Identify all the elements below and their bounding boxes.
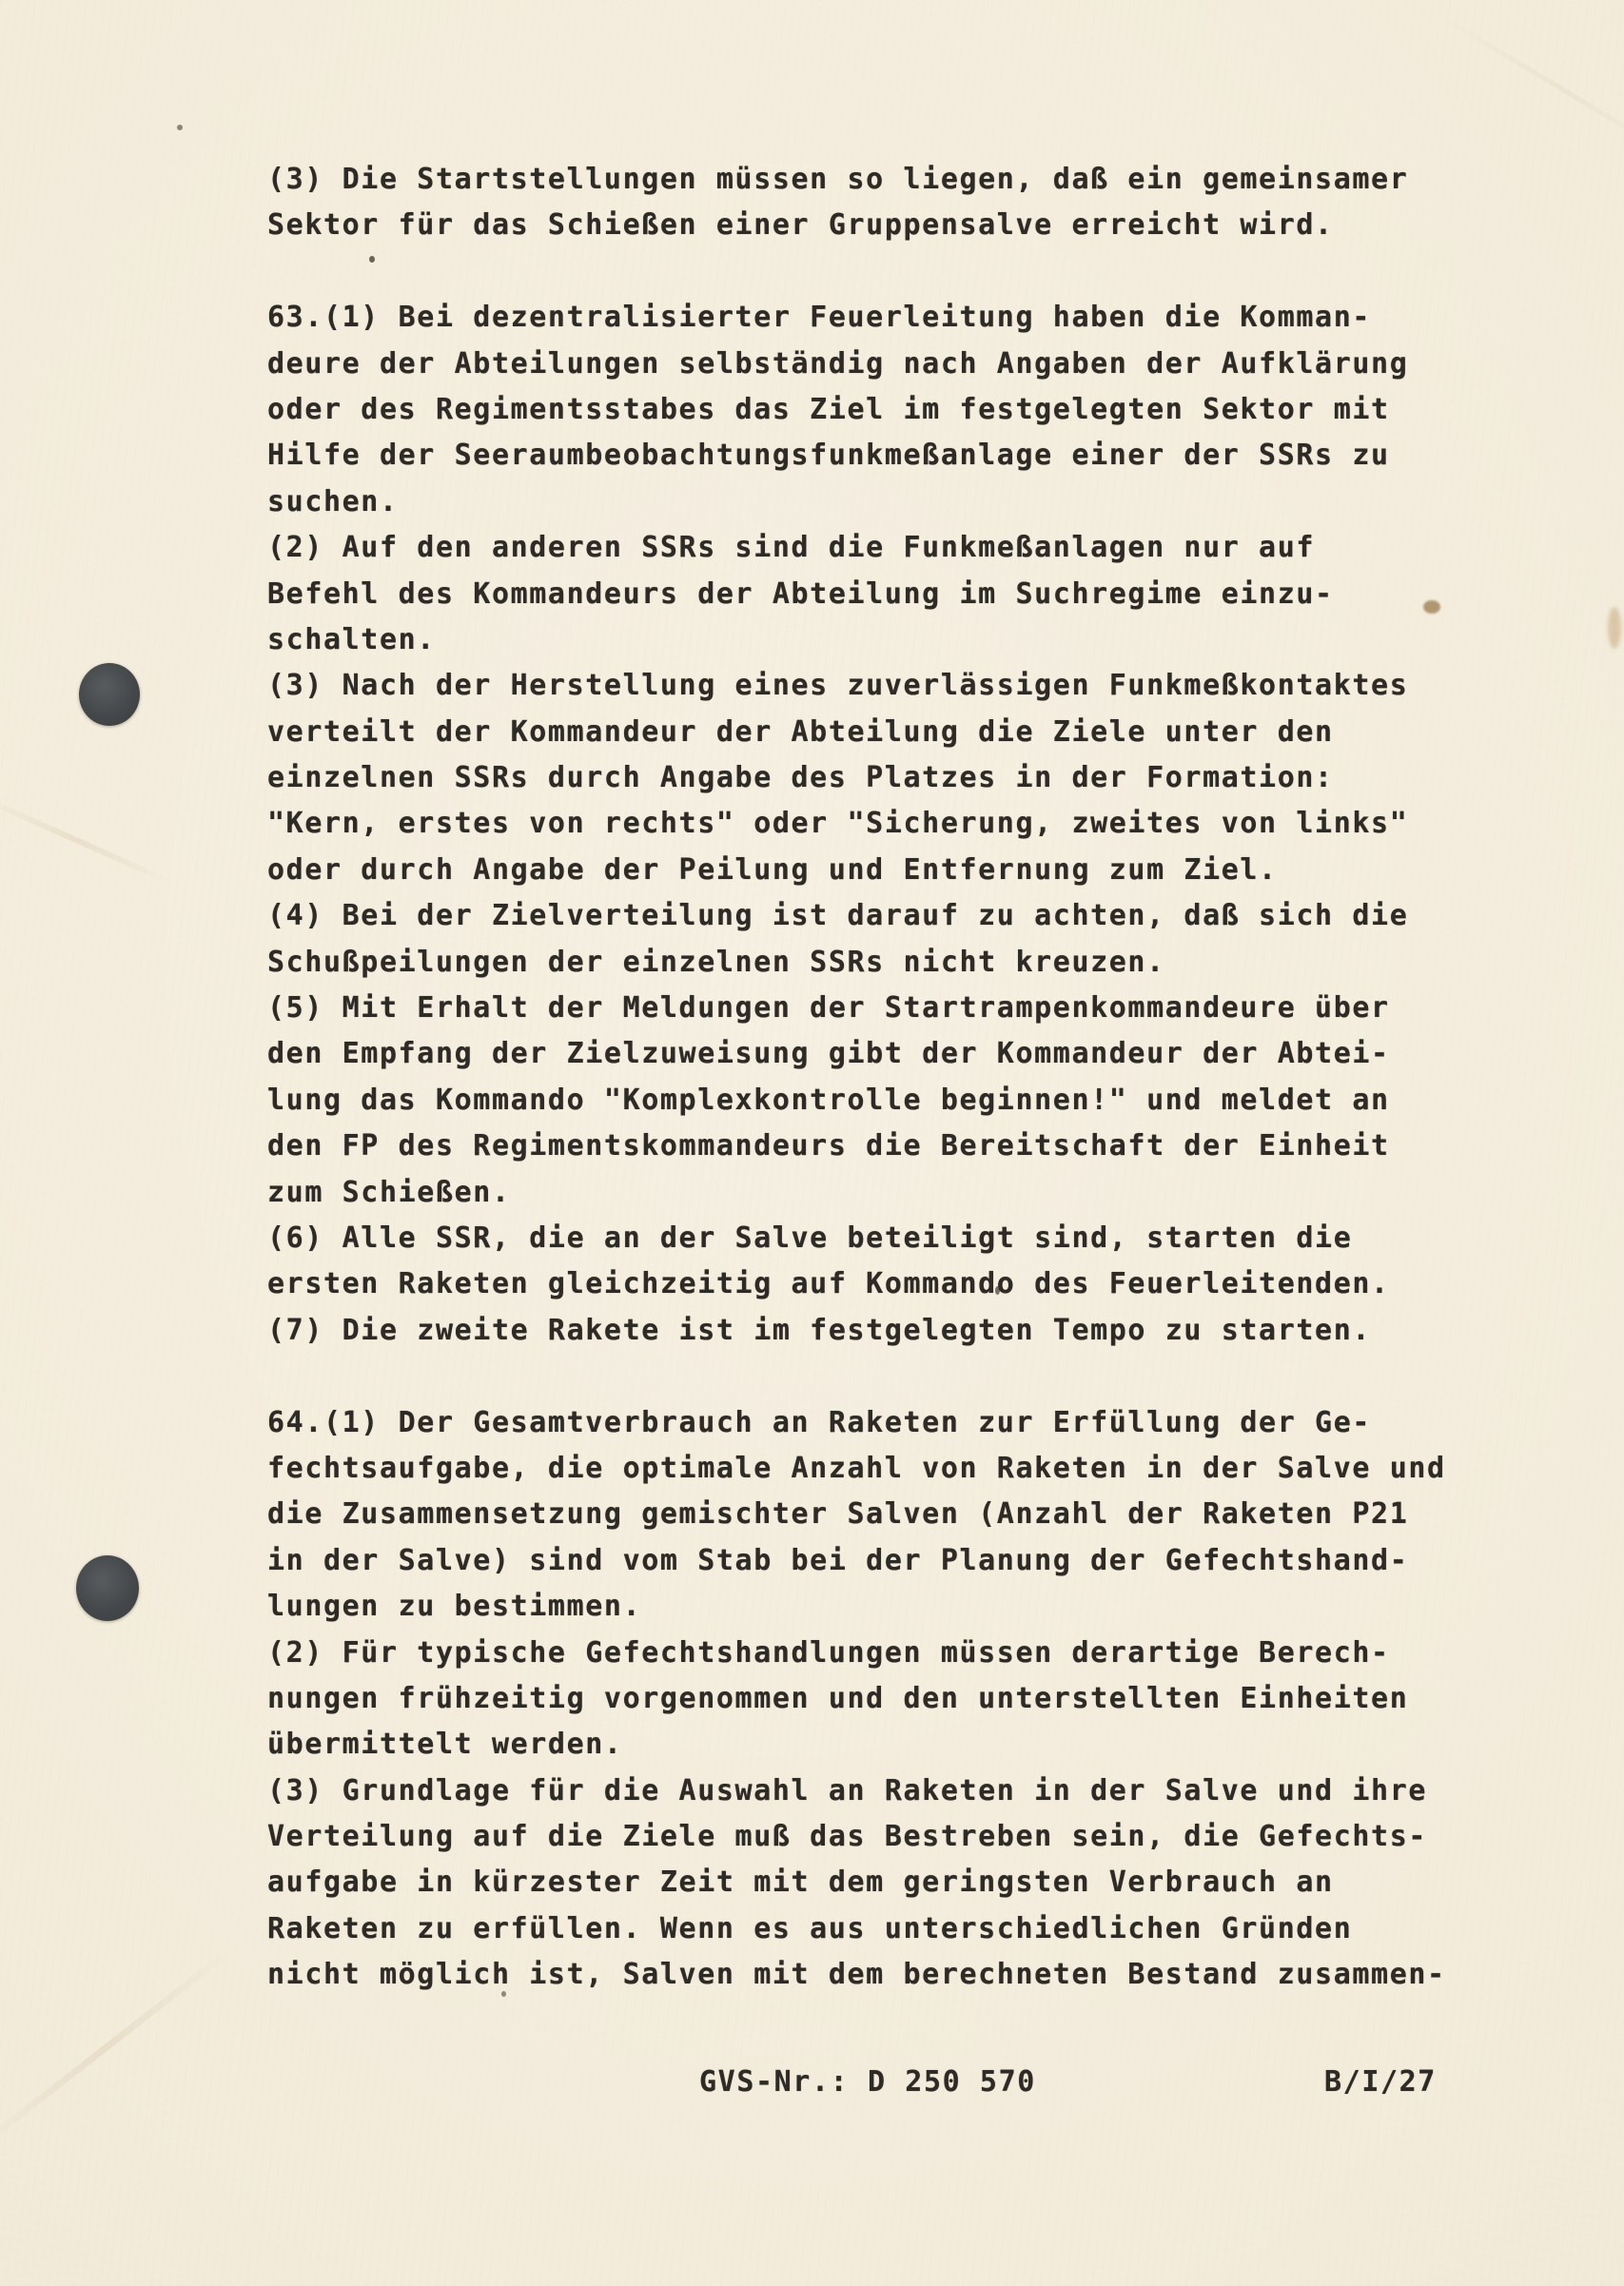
text-line: 64.(1) Der Gesamtverbrauch an Raketen zu… [267,1400,1504,1446]
paper-crease [0,795,173,886]
text-line: (3) Die Startstellungen müssen so liegen… [267,157,1504,203]
text-line: (4) Bei der Zielverteilung ist darauf zu… [267,893,1504,939]
binder-hole-dot [79,663,140,726]
text-line: Raketen zu erfüllen. Wenn es aus untersc… [267,1906,1504,1952]
typewritten-text-block: (3) Die Startstellungen müssen so liegen… [267,157,1504,1999]
blank-line [267,1354,1504,1399]
text-line: den FP des Regimentskommandeurs die Bere… [267,1123,1504,1169]
paper-stain [1608,607,1621,649]
text-line: oder durch Angabe der Peilung und Entfer… [267,848,1504,893]
text-line: suchen. [267,479,1504,525]
text-line: oder des Regimentsstabes das Ziel im fes… [267,387,1504,433]
ink-speck [177,125,183,130]
text-line: einzelnen SSRs durch Angabe des Platzes … [267,755,1504,801]
paper-crease [0,1946,234,2151]
page-footer: GVS-Nr.: D 250 570 B/I/27 [0,2060,1624,2106]
text-line: Hilfe der Seeraumbeobachtungsfunkmeßanla… [267,433,1504,479]
text-line: fechtsaufgabe, die optimale Anzahl von R… [267,1446,1504,1492]
text-line: (2) Für typische Gefechtshandlungen müss… [267,1631,1504,1676]
text-line: (5) Mit Erhalt der Meldungen der Startra… [267,986,1504,1031]
text-line: lung das Kommando "Komplexkontrolle begi… [267,1078,1504,1123]
gvs-number: GVS-Nr.: D 250 570 [699,2060,1036,2105]
text-line: (3) Nach der Herstellung eines zuverläss… [267,663,1504,709]
scanned-document-page: (3) Die Startstellungen müssen so liegen… [0,0,1624,2286]
page-reference: B/I/27 [1324,2060,1437,2105]
text-line: "Kern, erstes von rechts" oder "Sicherun… [267,801,1504,847]
text-line: die Zusammensetzung gemischter Salven (A… [267,1492,1504,1537]
text-line: 63.(1) Bei dezentralisierter Feuerleitun… [267,295,1504,341]
text-line: deure der Abteilungen selbständig nach A… [267,342,1504,387]
text-line: zum Schießen. [267,1170,1504,1216]
binder-hole-dot [76,1555,139,1621]
text-line: ersten Raketen gleichzeitig auf Kommando… [267,1261,1504,1307]
text-line: Sektor für das Schießen einer Gruppensal… [267,203,1504,248]
text-line: Verteilung auf die Ziele muß das Bestreb… [267,1814,1504,1860]
paper-crease [1437,12,1624,164]
text-line: (3) Grundlage für die Auswahl an Raketen… [267,1768,1504,1814]
text-line: nicht möglich ist, Salven mit dem berech… [267,1952,1504,1998]
text-line: aufgabe in kürzester Zeit mit dem gering… [267,1860,1504,1905]
blank-line [267,249,1504,295]
text-line: (2) Auf den anderen SSRs sind die Funkme… [267,525,1504,571]
text-line: Befehl des Kommandeurs der Abteilung im … [267,572,1504,617]
text-line: verteilt der Kommandeur der Abteilung di… [267,710,1504,755]
text-line: den Empfang der Zielzuweisung gibt der K… [267,1031,1504,1077]
text-line: nungen frühzeitig vorgenommen und den un… [267,1676,1504,1722]
text-line: übermittelt werden. [267,1722,1504,1768]
text-line: lungen zu bestimmen. [267,1584,1504,1630]
text-line: Schußpeilungen der einzelnen SSRs nicht … [267,940,1504,986]
text-line: in der Salve) sind vom Stab bei der Plan… [267,1538,1504,1584]
text-line: (6) Alle SSR, die an der Salve beteiligt… [267,1216,1504,1261]
text-line: (7) Die zweite Rakete ist im festgelegte… [267,1308,1504,1354]
text-line: schalten. [267,617,1504,663]
